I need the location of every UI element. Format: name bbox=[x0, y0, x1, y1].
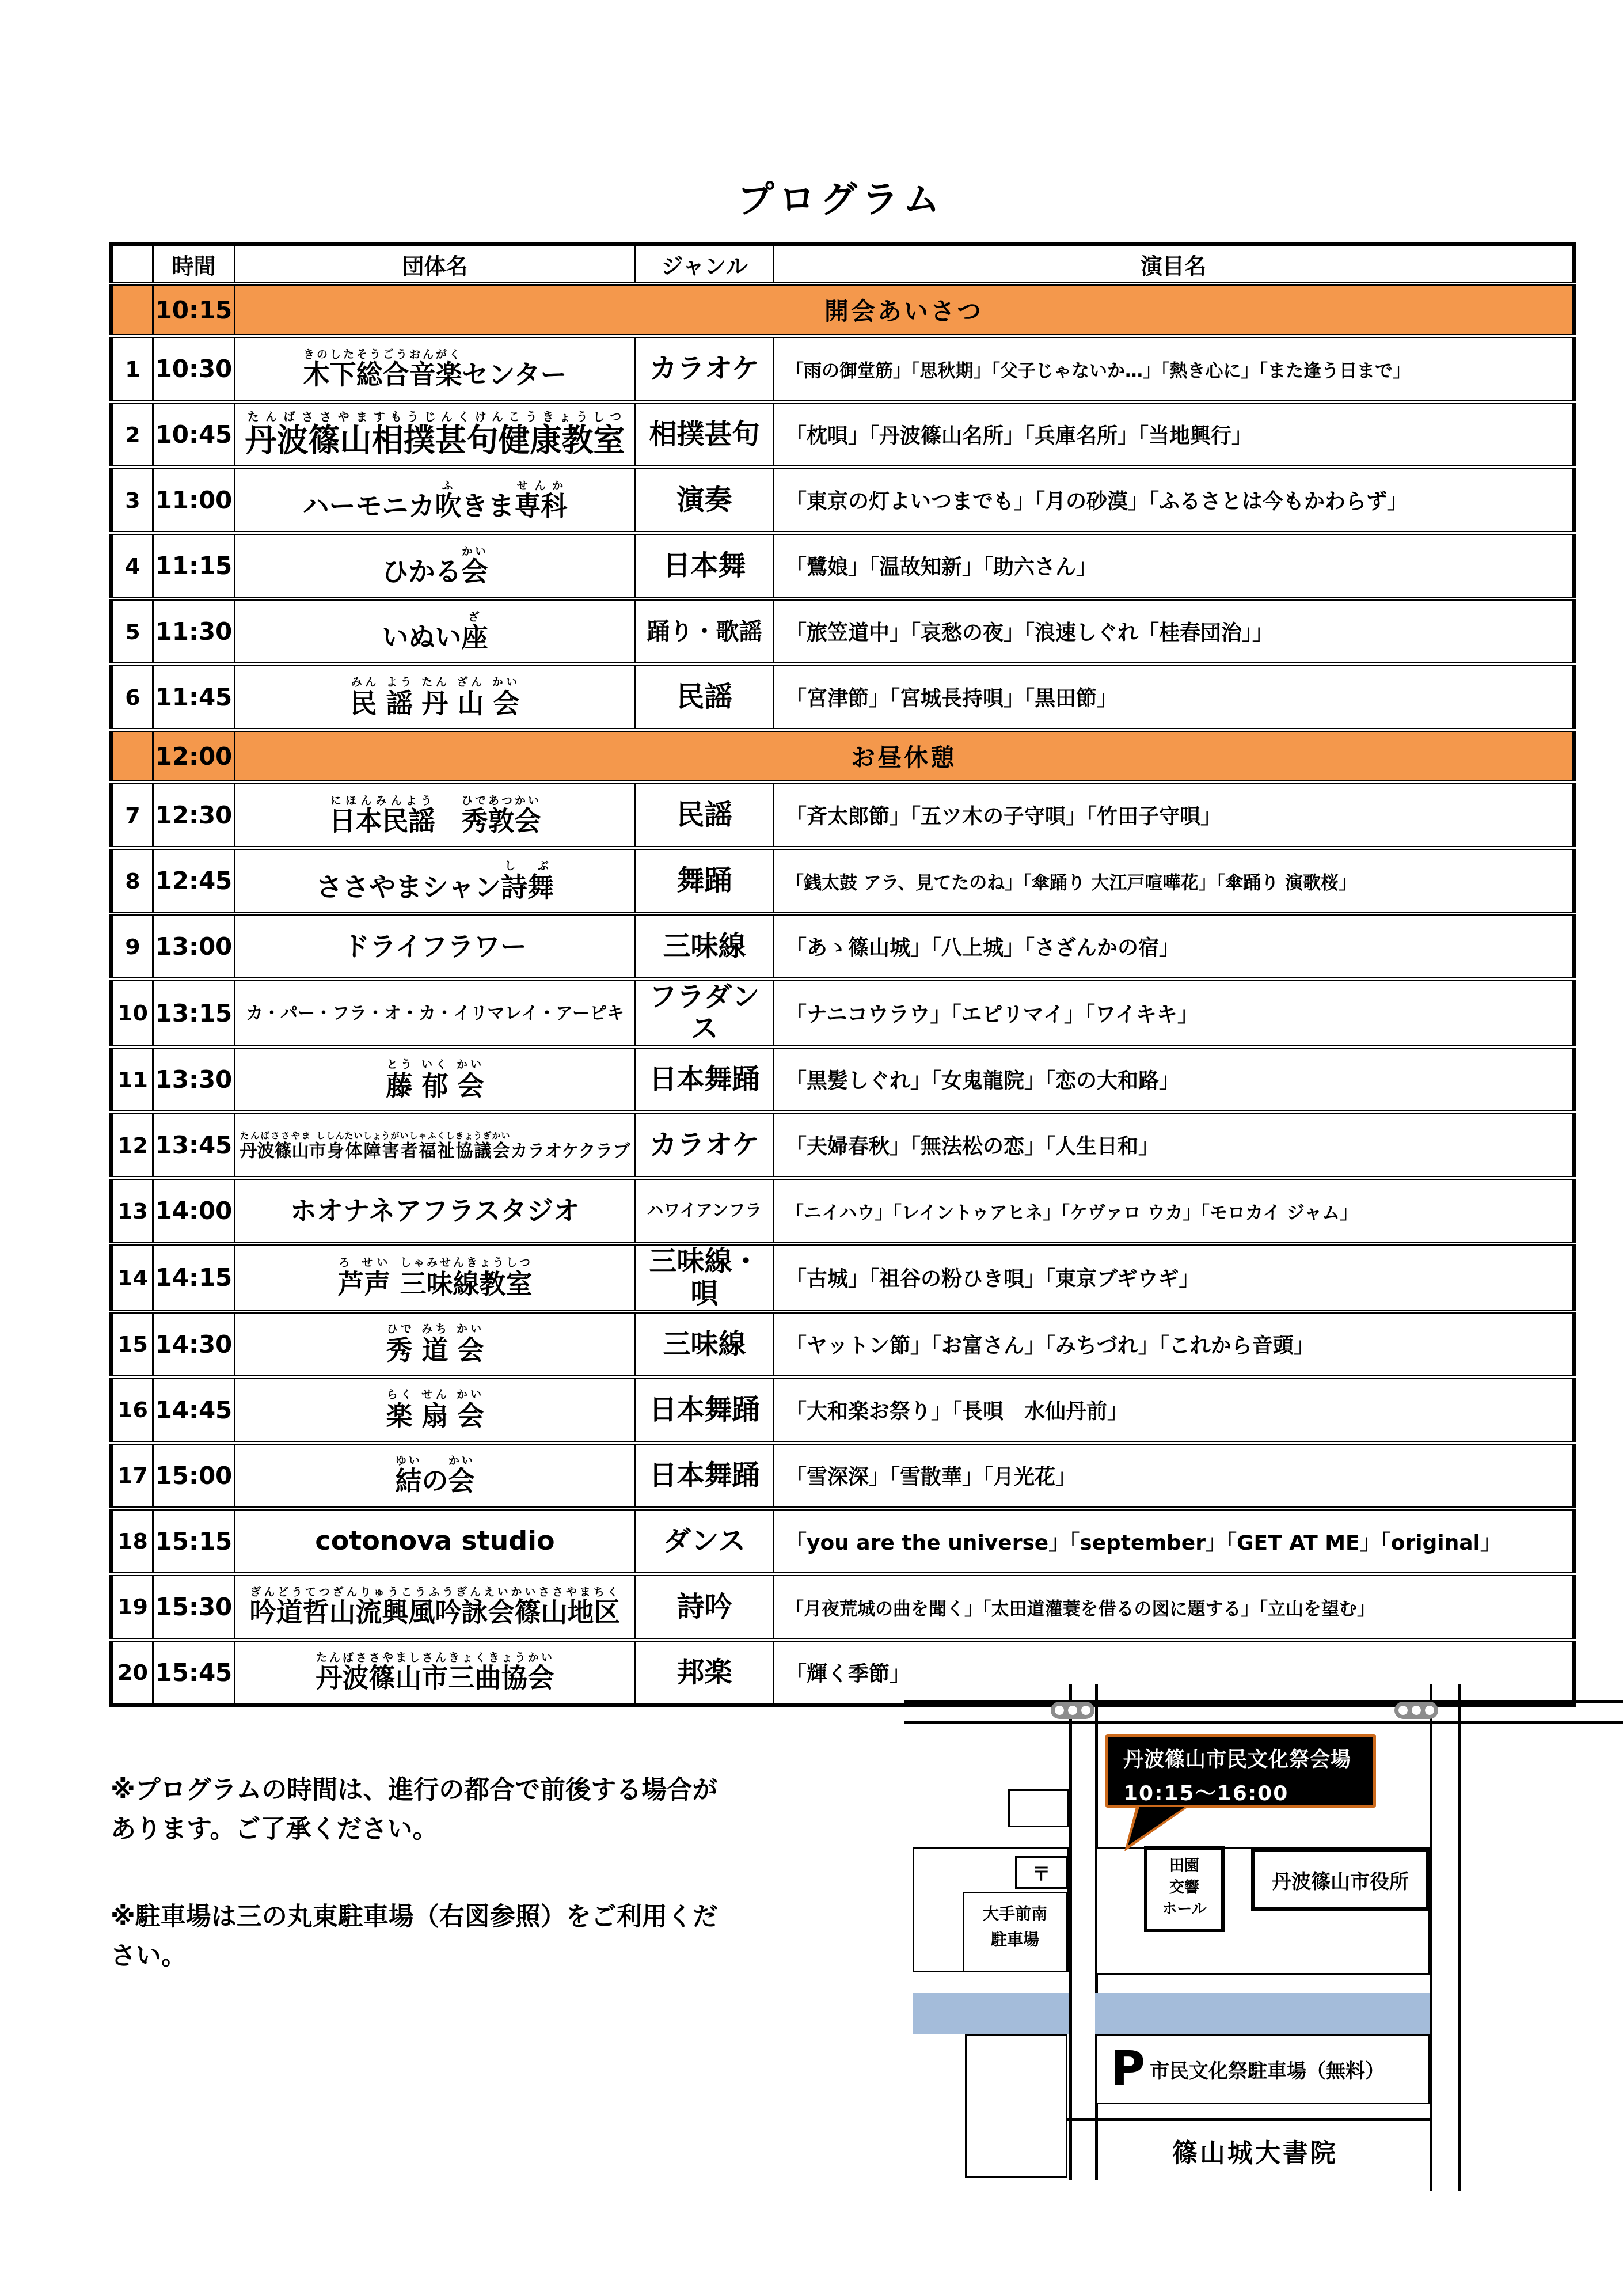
row-genre: 踊り・歌謡 bbox=[636, 599, 774, 665]
header-time: 時間 bbox=[153, 244, 235, 284]
row-titles: 「ナニコウラウ」「エピリマイ」「ワイキキ」 bbox=[774, 980, 1575, 1047]
program-row: 712:30日本民謡にほんみんよう 秀敦会ひであつかい民謡「斉太郎節」「五ツ木の… bbox=[112, 783, 1575, 848]
row-genre: 民謡 bbox=[636, 665, 774, 730]
city-hall-building: 丹波篠山市役所 bbox=[1251, 1849, 1430, 1911]
row-time: 13:15 bbox=[153, 980, 235, 1047]
program-row: 511:30いぬい座ざ踊り・歌謡「旅笠道中」「哀愁の夜」「浪速しぐれ「桂春団治」… bbox=[112, 599, 1575, 665]
row-titles: 「あゝ篠山城」「八上城」「さざんかの宿」 bbox=[774, 914, 1575, 980]
header-titles: 演目名 bbox=[774, 244, 1575, 284]
row-number: 8 bbox=[112, 848, 153, 914]
row-number: 20 bbox=[112, 1640, 153, 1705]
row-time: 11:15 bbox=[153, 533, 235, 599]
moat-middle bbox=[1095, 1993, 1430, 2034]
row-number: 2 bbox=[112, 402, 153, 468]
header-group: 団体名 bbox=[235, 244, 636, 284]
venue-callout-name: 丹波篠山市民文化祭会場 bbox=[1123, 1744, 1373, 1773]
traffic-signal-icon bbox=[1051, 1702, 1094, 1719]
program-row: 1414:15芦声ろ せい 三味線教室しゃみせんきょうしつ三味線・唄「古城」「祖… bbox=[112, 1244, 1575, 1311]
program-row: 110:30木下きのした総合音楽そうごうおんがくセンターカラオケ「雨の御堂筋」「… bbox=[112, 336, 1575, 402]
row-number: 4 bbox=[112, 533, 153, 599]
row-genre: 三味線・唄 bbox=[636, 1244, 774, 1311]
row-time: 11:00 bbox=[153, 468, 235, 533]
row-group-name: カ・パー・フラ・オ・カ・イリマレイ・アーピキ bbox=[235, 980, 636, 1047]
row-genre: 邦楽 bbox=[636, 1640, 774, 1705]
break-label: お昼休憩 bbox=[235, 730, 1575, 783]
hall-label-2: 交響 bbox=[1147, 1877, 1221, 1899]
traffic-signal-icon bbox=[1394, 1702, 1438, 1719]
row-group-name: 民 謡 丹 山 会みん よう たん ざん かい bbox=[235, 665, 636, 730]
road-top-lower bbox=[904, 1721, 1623, 1724]
row-genre: 日本舞踊 bbox=[636, 1047, 774, 1113]
program-row: 1213:45丹波篠山市たんばささやま し身体障害者福祉協議会しんたいしょうがい… bbox=[112, 1113, 1575, 1178]
row-titles: 「枕唄」「丹波篠山名所」「兵庫名所」「当地興行」 bbox=[774, 402, 1575, 468]
row-group-name: 秀 道 会ひで みち かい bbox=[235, 1311, 636, 1377]
row-group-name: 木下きのした総合音楽そうごうおんがくセンター bbox=[235, 336, 636, 402]
row-titles: 「月夜荒城の曲を聞く」「太田道灌蓑を借るの図に題する」「立山を望む」 bbox=[774, 1574, 1575, 1640]
road-left-vertical-a bbox=[1069, 1684, 1072, 2180]
south-parking-block: 大手前南 駐車場 bbox=[963, 1892, 1067, 1972]
program-row: 1715:00結ゆいの会かい日本舞踊「雪深深」「雪散華」「月光花」 bbox=[112, 1443, 1575, 1508]
row-genre: 演奏 bbox=[636, 468, 774, 533]
row-genre: 舞踊 bbox=[636, 848, 774, 914]
row-titles: 「黒髪しぐれ」「女鬼龍院」「恋の大和路」 bbox=[774, 1047, 1575, 1113]
row-time: 11:30 bbox=[153, 599, 235, 665]
row-number: 9 bbox=[112, 914, 153, 980]
program-row: 311:00ハーモニカ吹ふきま専科せんか演奏「東京の灯よいつまでも」「月の砂漠」… bbox=[112, 468, 1575, 533]
break-label: 開会あいさつ bbox=[235, 284, 1575, 336]
row-group-name: 藤 郁 会とう いく かい bbox=[235, 1047, 636, 1113]
row-genre: 日本舞踊 bbox=[636, 1443, 774, 1508]
program-row: 812:45ささやまシャン詩舞し ぶ舞踊「銭太鼓 アラ、見てたのね」「傘踊り 大… bbox=[112, 848, 1575, 914]
hall-label-3: ホール bbox=[1147, 1899, 1221, 1921]
row-genre: カラオケ bbox=[636, 336, 774, 402]
row-number: 3 bbox=[112, 468, 153, 533]
program-table-body: 10:15開会あいさつ110:30木下きのした総合音楽そうごうおんがくセンターカ… bbox=[112, 284, 1575, 1706]
header-no bbox=[112, 244, 153, 284]
row-time: 15:30 bbox=[153, 1574, 235, 1640]
row-group-name: 丹波篠山たんばささやま相撲甚句健康教室すもうじんくけんこうきょうしつ bbox=[235, 402, 636, 468]
row-number: 18 bbox=[112, 1508, 153, 1574]
row-time: 14:15 bbox=[153, 1244, 235, 1311]
row-time: 14:00 bbox=[153, 1178, 235, 1244]
break-row: 12:00お昼休憩 bbox=[112, 730, 1575, 783]
row-number: 1 bbox=[112, 336, 153, 402]
break-time: 12:00 bbox=[153, 730, 235, 783]
row-number: 6 bbox=[112, 665, 153, 730]
row-number-cell bbox=[112, 730, 153, 783]
festival-parking-label: 市民文化祭駐車場（無料） bbox=[1150, 2055, 1385, 2084]
row-time: 12:45 bbox=[153, 848, 235, 914]
row-genre: フラダンス bbox=[636, 980, 774, 1047]
row-titles: 「you are the universe」「september」「GET AT… bbox=[774, 1508, 1575, 1574]
break-row: 10:15開会あいさつ bbox=[112, 284, 1575, 336]
row-titles: 「雪深深」「雪散華」「月光花」 bbox=[774, 1443, 1575, 1508]
note-schedule: ※プログラムの時間は、進行の都合で前後する場合があります。ご了承ください。 bbox=[111, 1771, 732, 1849]
program-row: 1013:15カ・パー・フラ・オ・カ・イリマレイ・アーピキフラダンス「ナニコウラ… bbox=[112, 980, 1575, 1047]
road-right-vertical-a bbox=[1430, 1684, 1432, 2191]
row-number: 19 bbox=[112, 1574, 153, 1640]
row-group-name: 日本民謡にほんみんよう 秀敦会ひであつかい bbox=[235, 783, 636, 848]
program-row: 1614:45楽 扇 会らく せん かい日本舞踊「大和楽お祭り」「長唄 水仙丹前… bbox=[112, 1377, 1575, 1443]
row-time: 14:30 bbox=[153, 1311, 235, 1377]
row-titles: 「雨の御堂筋」「思秋期」「父子じゃないか…」「熱き心に」「また逢う日まで」 bbox=[774, 336, 1575, 402]
row-group-name: cotonova studio bbox=[235, 1508, 636, 1574]
program-row: 210:45丹波篠山たんばささやま相撲甚句健康教室すもうじんくけんこうきょうしつ… bbox=[112, 402, 1575, 468]
program-row: 611:45民 謡 丹 山 会みん よう たん ざん かい民謡「宮津節」「宮城長… bbox=[112, 665, 1575, 730]
row-time: 14:45 bbox=[153, 1377, 235, 1443]
row-genre: 三味線 bbox=[636, 914, 774, 980]
map-block-small bbox=[1008, 1789, 1069, 1827]
row-time: 12:30 bbox=[153, 783, 235, 848]
row-titles: 「ヤットン節」「お富さん」「みちづれ」「これから音頭」 bbox=[774, 1311, 1575, 1377]
row-genre: 日本舞 bbox=[636, 533, 774, 599]
row-group-name: 丹波篠山市たんばささやま し身体障害者福祉協議会しんたいしょうがいしゃふくしきょ… bbox=[235, 1113, 636, 1178]
row-group-name: ささやまシャン詩舞し ぶ bbox=[235, 848, 636, 914]
row-group-name: ドライフラワー bbox=[235, 914, 636, 980]
map-block-bottom-left bbox=[965, 2034, 1067, 2178]
program-row: 1113:30藤 郁 会とう いく かい日本舞踊「黒髪しぐれ」「女鬼龍院」「恋の… bbox=[112, 1047, 1575, 1113]
castle-label: 篠山城大書院 bbox=[1077, 2132, 1434, 2169]
festival-parking-block: P 市民文化祭駐車場（無料） bbox=[1095, 2034, 1430, 2104]
access-map: 〒 大手前南 駐車場 田園 交響 ホール 丹波篠山市役所 P 市民文化祭駐車場（… bbox=[904, 1684, 1623, 2296]
program-row: 1514:30秀 道 会ひで みち かい三味線「ヤットン節」「お富さん」「みちづ… bbox=[112, 1311, 1575, 1377]
row-genre: 日本舞踊 bbox=[636, 1377, 774, 1443]
row-number: 14 bbox=[112, 1244, 153, 1311]
row-number: 13 bbox=[112, 1178, 153, 1244]
south-parking-label-1: 大手前南 bbox=[964, 1902, 1066, 1927]
row-number: 17 bbox=[112, 1443, 153, 1508]
row-genre: 相撲甚句 bbox=[636, 402, 774, 468]
row-group-name: 吟道哲山流興風吟詠会篠山地区ぎんどうてつざんりゅうこうふうぎんえいかいささやまち… bbox=[235, 1574, 636, 1640]
row-titles: 「旅笠道中」「哀愁の夜」「浪速しぐれ「桂春団治」」 bbox=[774, 599, 1575, 665]
row-number: 15 bbox=[112, 1311, 153, 1377]
hall-label-1: 田園 bbox=[1147, 1855, 1221, 1877]
row-time: 15:15 bbox=[153, 1508, 235, 1574]
row-number: 5 bbox=[112, 599, 153, 665]
row-time: 13:30 bbox=[153, 1047, 235, 1113]
road-top-upper bbox=[904, 1700, 1623, 1703]
program-row: 1915:30吟道哲山流興風吟詠会篠山地区ぎんどうてつざんりゅうこうふうぎんえい… bbox=[112, 1574, 1575, 1640]
row-group-name: いぬい座ざ bbox=[235, 599, 636, 665]
row-titles: 「古城」「祖谷の粉ひき唄」「東京ブギウギ」 bbox=[774, 1244, 1575, 1311]
row-group-name: 楽 扇 会らく せん かい bbox=[235, 1377, 636, 1443]
row-genre: 詩吟 bbox=[636, 1574, 774, 1640]
program-row: 1314:00ホオナネアフラスタジオハワイアンフラ「ニイハウ」「レイントゥアヒネ… bbox=[112, 1178, 1575, 1244]
row-titles: 「ニイハウ」「レイントゥアヒネ」「ケヴァロ ウカ」「モロカイ ジャム」 bbox=[774, 1178, 1575, 1244]
row-titles: 「東京の灯よいつまでも」「月の砂漠」「ふるさとは今もかわらず」 bbox=[774, 468, 1575, 533]
row-genre: 三味線 bbox=[636, 1311, 774, 1377]
program-table: 時間 団体名 ジャンル 演目名 10:15開会あいさつ110:30木下きのした総… bbox=[109, 242, 1576, 1707]
venue-callout: 丹波篠山市民文化祭会場 10:15～16:00 bbox=[1105, 1734, 1376, 1808]
row-time: 11:45 bbox=[153, 665, 235, 730]
row-number: 10 bbox=[112, 980, 153, 1047]
row-group-name: 芦声ろ せい 三味線教室しゃみせんきょうしつ bbox=[235, 1244, 636, 1311]
south-parking-label-2: 駐車場 bbox=[964, 1927, 1066, 1953]
castle-block-top-line bbox=[1067, 2118, 1432, 2121]
row-titles: 「銭太鼓 アラ、見てたのね」「傘踊り 大江戸喧嘩花」「傘踊り 演歌桜」 bbox=[774, 848, 1575, 914]
row-genre: ハワイアンフラ bbox=[636, 1178, 774, 1244]
row-number: 16 bbox=[112, 1377, 153, 1443]
hall-building: 田園 交響 ホール bbox=[1144, 1846, 1225, 1932]
row-time: 10:45 bbox=[153, 402, 235, 468]
table-header-row: 時間 団体名 ジャンル 演目名 bbox=[112, 244, 1575, 284]
row-group-name: ひかる会かい bbox=[235, 533, 636, 599]
program-row: 913:00ドライフラワー三味線「あゝ篠山城」「八上城」「さざんかの宿」 bbox=[112, 914, 1575, 980]
row-group-name: 結ゆいの会かい bbox=[235, 1443, 636, 1508]
row-group-name: ホオナネアフラスタジオ bbox=[235, 1178, 636, 1244]
row-genre: ダンス bbox=[636, 1508, 774, 1574]
row-time: 13:45 bbox=[153, 1113, 235, 1178]
header-genre: ジャンル bbox=[636, 244, 774, 284]
row-titles: 「斉太郎節」「五ツ木の子守唄」「竹田子守唄」 bbox=[774, 783, 1575, 848]
break-time: 10:15 bbox=[153, 284, 235, 336]
row-group-name: 丹波篠山市三曲協会たんばささやましさんきょくきょうかい bbox=[235, 1640, 636, 1705]
program-row: 411:15ひかる会かい日本舞「鷺娘」「温故知新」「助六さん」 bbox=[112, 533, 1575, 599]
row-titles: 「鷺娘」「温故知新」「助六さん」 bbox=[774, 533, 1575, 599]
row-number-cell bbox=[112, 284, 153, 336]
row-time: 15:00 bbox=[153, 1443, 235, 1508]
row-number: 7 bbox=[112, 783, 153, 848]
row-time: 15:45 bbox=[153, 1640, 235, 1705]
row-time: 13:00 bbox=[153, 914, 235, 980]
note-parking: ※駐車場は三の丸東駐車場（右図参照）をご利用ください。 bbox=[111, 1897, 732, 1976]
venue-callout-hours: 10:15～16:00 bbox=[1123, 1777, 1373, 1807]
row-titles: 「宮津節」「宮城長持唄」「黒田節」 bbox=[774, 665, 1575, 730]
row-genre: 民謡 bbox=[636, 783, 774, 848]
moat-left bbox=[913, 1993, 1069, 2034]
row-titles: 「大和楽お祭り」「長唄 水仙丹前」 bbox=[774, 1377, 1575, 1443]
post-office-mark: 〒 bbox=[1015, 1856, 1067, 1889]
row-number: 11 bbox=[112, 1047, 153, 1113]
row-time: 10:30 bbox=[153, 336, 235, 402]
program-row: 1815:15cotonova studioダンス「you are the un… bbox=[112, 1508, 1575, 1574]
row-titles: 「夫婦春秋」「無法松の恋」「人生日和」 bbox=[774, 1113, 1575, 1178]
row-number: 12 bbox=[112, 1113, 153, 1178]
row-group-name: ハーモニカ吹ふきま専科せんか bbox=[235, 468, 636, 533]
parking-p-icon: P bbox=[1111, 2045, 1145, 2093]
road-right-vertical-b bbox=[1458, 1684, 1461, 2191]
page-title: プログラム bbox=[109, 170, 1572, 223]
row-genre: カラオケ bbox=[636, 1113, 774, 1178]
